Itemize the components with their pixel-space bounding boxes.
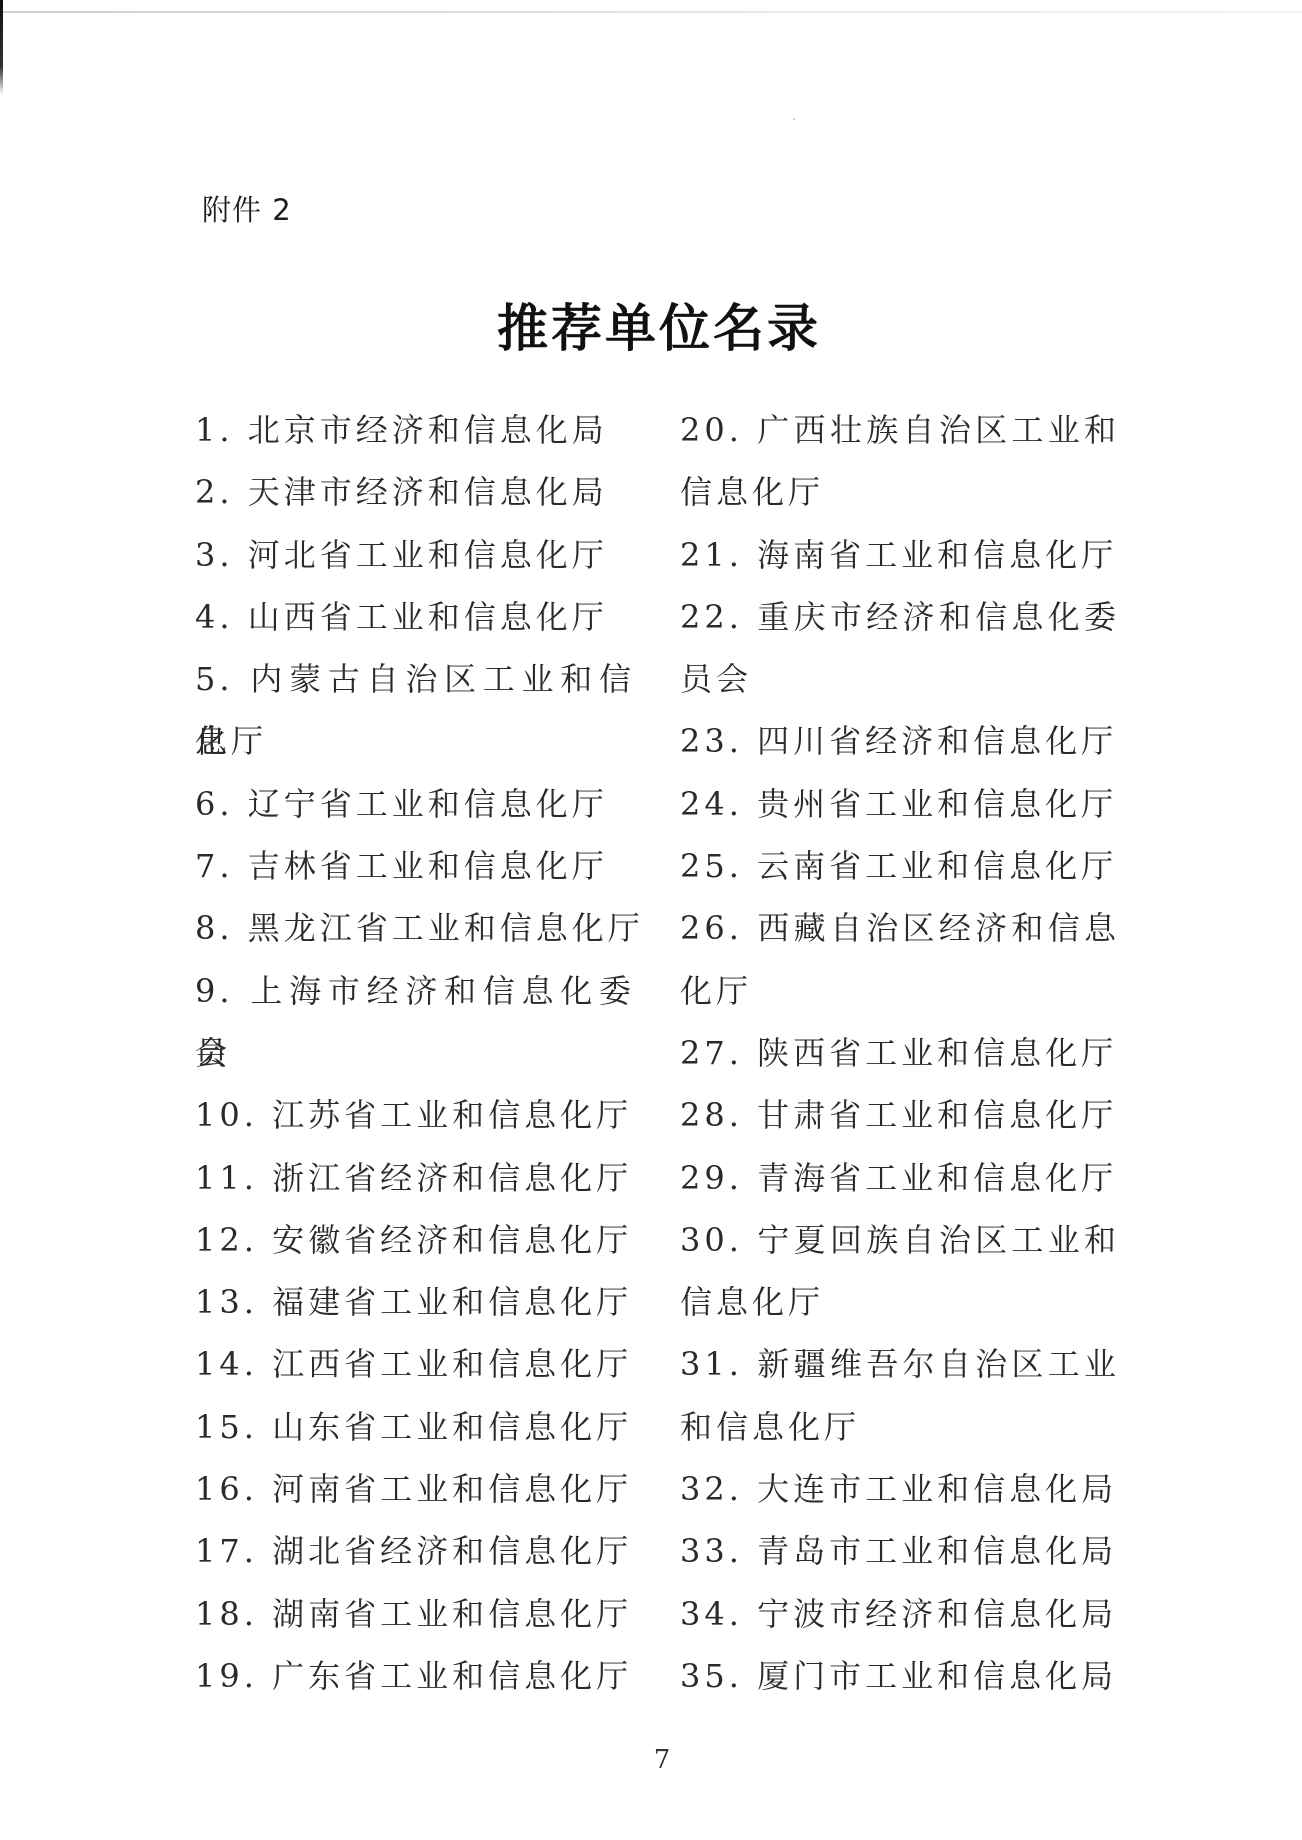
scan-speck-artifact (793, 118, 795, 120)
list-line: 17. 湖北省经济和信息化厅 (195, 1520, 635, 1582)
list-line: 15. 山东省工业和信息化厅 (195, 1396, 635, 1458)
list-line: 14. 江西省工业和信息化厅 (195, 1333, 635, 1395)
unit-list-left-column: 1. 北京市经济和信息化局 2. 天津市经济和信息化局 3. 河北省工业和信息化… (195, 399, 635, 1707)
list-line: 34. 宁波市经济和信息化局 (680, 1583, 1120, 1645)
list-line: 24. 贵州省工业和信息化厅 (680, 773, 1120, 835)
list-line-continuation: 员会 (680, 648, 1120, 710)
list-line: 28. 甘肃省工业和信息化厅 (680, 1084, 1120, 1146)
list-line: 10. 江苏省工业和信息化厅 (195, 1084, 635, 1146)
list-line: 21. 海南省工业和信息化厅 (680, 524, 1120, 586)
list-line: 33. 青岛市工业和信息化局 (680, 1520, 1120, 1582)
page-number: 7 (0, 1747, 1302, 1773)
scan-edge-artifact (0, 0, 3, 95)
list-line: 20. 广西壮族自治区工业和 (680, 399, 1120, 461)
list-line: 35. 厦门市工业和信息化局 (680, 1645, 1120, 1707)
list-line: 7. 吉林省工业和信息化厅 (195, 835, 635, 897)
list-line-continuation: 会 (195, 1022, 635, 1084)
list-line-continuation: 化厅 (680, 960, 1120, 1022)
unit-list-right-column: 20. 广西壮族自治区工业和 信息化厅 21. 海南省工业和信息化厅 22. 重… (680, 399, 1120, 1707)
list-line: 3. 河北省工业和信息化厅 (195, 524, 635, 586)
list-line: 31. 新疆维吾尔自治区工业 (680, 1333, 1120, 1395)
list-line: 5. 内蒙古自治区工业和信息 (195, 648, 635, 710)
list-line: 27. 陕西省工业和信息化厅 (680, 1022, 1120, 1084)
list-line: 4. 山西省工业和信息化厅 (195, 586, 635, 648)
list-line: 11. 浙江省经济和信息化厅 (195, 1147, 635, 1209)
list-line: 6. 辽宁省工业和信息化厅 (195, 773, 635, 835)
list-line: 18. 湖南省工业和信息化厅 (195, 1583, 635, 1645)
list-line: 8. 黑龙江省工业和信息化厅 (195, 897, 635, 959)
list-line: 32. 大连市工业和信息化局 (680, 1458, 1120, 1520)
list-line: 19. 广东省工业和信息化厅 (195, 1645, 635, 1707)
list-line: 26. 西藏自治区经济和信息 (680, 897, 1120, 959)
list-line: 2. 天津市经济和信息化局 (195, 461, 635, 523)
list-line: 13. 福建省工业和信息化厅 (195, 1271, 635, 1333)
list-line: 23. 四川省经济和信息化厅 (680, 710, 1120, 772)
list-line: 30. 宁夏回族自治区工业和 (680, 1209, 1120, 1271)
list-line-continuation: 信息化厅 (680, 1271, 1120, 1333)
list-line: 16. 河南省工业和信息化厅 (195, 1458, 635, 1520)
attachment-label: 附件 2 (202, 196, 292, 225)
list-line: 9. 上海市经济和信息化委员 (195, 960, 635, 1022)
list-line-continuation: 和信息化厅 (680, 1396, 1120, 1458)
list-line: 25. 云南省工业和信息化厅 (680, 835, 1120, 897)
scan-top-line-artifact (3, 11, 1302, 13)
list-line-continuation: 信息化厅 (680, 461, 1120, 523)
list-line-continuation: 化厅 (195, 710, 635, 772)
list-line: 22. 重庆市经济和信息化委 (680, 586, 1120, 648)
list-line: 1. 北京市经济和信息化局 (195, 399, 635, 461)
list-line: 12. 安徽省经济和信息化厅 (195, 1209, 635, 1271)
list-line: 29. 青海省工业和信息化厅 (680, 1147, 1120, 1209)
page-title: 推荐单位名录 (0, 304, 1302, 355)
